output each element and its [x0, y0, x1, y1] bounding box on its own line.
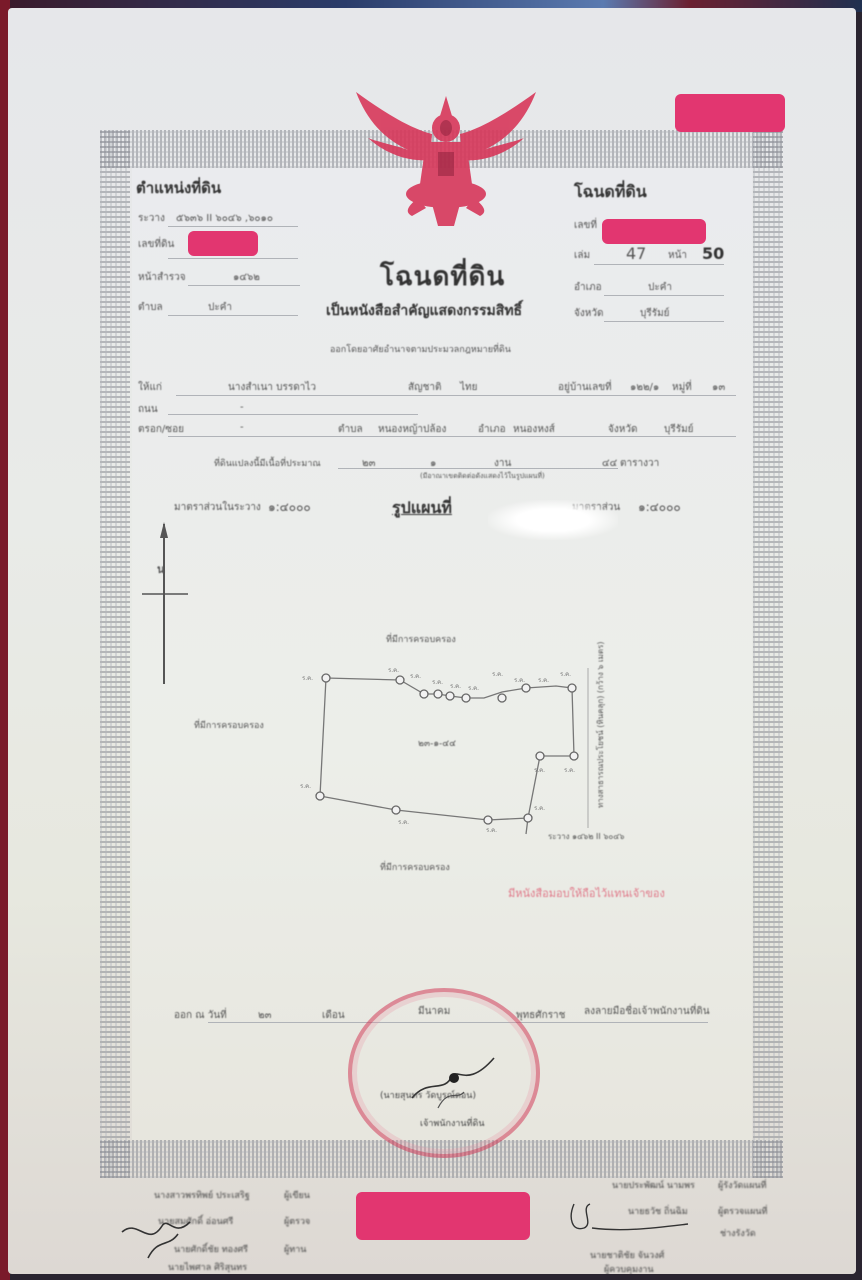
province-label: จังหวัด	[608, 422, 637, 437]
red-annotation: มีหนังสือมอบให้ถือไว้แทนเจ้าของ	[508, 884, 665, 902]
sheet-label: ระวาง	[138, 211, 165, 226]
officer-name: (นายสุนทร วัดบูรณ์ดอน)	[380, 1088, 476, 1102]
underline	[168, 226, 298, 227]
area-note: (มีอาณาเขตติดต่อดังแสดงไว้ในรูปแผนที่)	[420, 471, 545, 482]
parcel-area-label: ๒๓-๑-๔๔	[418, 736, 456, 750]
underline	[168, 436, 736, 437]
signatory-role: ผู้ตรวจแผนที่	[718, 1204, 767, 1218]
handwritten-signature	[118, 1208, 198, 1268]
light-glare	[488, 500, 618, 540]
adjacent-west-label: ที่มีการครอบครอง	[194, 718, 264, 732]
underline	[594, 264, 724, 265]
tambon-label-top: ตำบล	[138, 300, 163, 315]
house-no-label: อยู่บ้านเลขที่	[558, 380, 612, 395]
north-label: น	[157, 560, 165, 578]
province-label-top: จังหวัด	[574, 306, 603, 321]
document-subtitle: เป็นหนังสือสำคัญแสดงกรรมสิทธิ์	[326, 300, 522, 322]
signatory-role: ช่างรังวัด	[720, 1226, 756, 1240]
moo-label: หมู่ที่	[672, 380, 692, 395]
ornamental-border-right	[753, 130, 783, 1178]
underline	[168, 315, 298, 316]
parcel-map: ร.ค.ร.ค.ร.ค. ร.ค.ร.ค.ร.ค. ร.ค.ร.ค.ร.ค. ร…	[288, 648, 628, 848]
page-label: หน้า	[668, 248, 687, 263]
signatory-role: ผู้ควบคุมงาน	[604, 1262, 654, 1274]
wa-label: ตารางวา	[620, 456, 659, 471]
redaction-box	[356, 1192, 530, 1240]
sheet-reference: ระวาง ๑๔๖๒ II ๖๐๔๖	[548, 830, 624, 843]
parcel-no-label: เลขที่ดิน	[138, 237, 174, 252]
amphoe-label-top: อำเภอ	[574, 280, 602, 295]
amphoe-value: หนองหงส์	[513, 422, 555, 437]
tambon-label: ตำบล	[338, 422, 363, 437]
location-heading: ตำแหน่งที่ดิน	[136, 176, 221, 200]
document-title: โฉนดที่ดิน	[380, 256, 505, 297]
adjacent-north-label: ที่มีการครอบครอง	[386, 632, 456, 646]
document-authority: ออกโดยอาศัยอำนาจตามประมวลกฎหมายที่ดิน	[330, 342, 511, 356]
issue-date-prefix: ออก ณ วันที่	[174, 1008, 227, 1023]
sheet-value: ๕๖๓๖ II ๖๐๔๖ ,๖๐๑๐	[176, 211, 273, 226]
signatory-role: ผู้ทาน	[284, 1242, 306, 1256]
survey-page-label: หน้าสำรวจ	[138, 270, 186, 285]
redaction-box	[675, 94, 785, 132]
adjacent-east-label: ทางสาธารณประโยชน์ (หินคลุก) (กว้าง ๖ เมต…	[594, 641, 607, 808]
underline	[604, 295, 724, 296]
underline	[168, 258, 298, 259]
nationality-value: ไทย	[460, 380, 477, 395]
signatory-role: ผู้เขียน	[284, 1188, 310, 1202]
house-no-value: ๑๒๒/๑	[630, 380, 659, 395]
soi-label: ตรอก/ซอย	[138, 422, 184, 437]
svg-text:ร.ค.: ร.ค.	[398, 819, 409, 826]
officer-title: เจ้าพนักงานที่ดิน	[420, 1116, 484, 1130]
owner-label: ให้แก่	[138, 380, 162, 395]
survey-page-value: ๑๔๖๒	[233, 270, 260, 285]
signatory-name: นางสาวพรทิพย์ ประเสริฐ	[154, 1188, 250, 1202]
amphoe-label: อำเภอ	[478, 422, 506, 437]
issue-year-label: พุทธศักราช	[516, 1008, 565, 1023]
deed-heading: โฉนดที่ดิน	[574, 180, 647, 205]
underline	[604, 321, 724, 322]
province-value-top: บุรีรัมย์	[640, 306, 670, 321]
signatory-role: ผู้รังวัดแผนที่	[718, 1178, 767, 1192]
svg-text:ร.ค.: ร.ค.	[432, 679, 443, 686]
soi-value: -	[240, 422, 244, 433]
officer-signature	[408, 1048, 498, 1118]
issue-day: ๒๓	[258, 1008, 271, 1023]
amphoe-value-top: ปะคำ	[648, 280, 672, 295]
owner-name: นางสำเนา บรรดาไว	[228, 380, 316, 395]
ornamental-border-left	[100, 130, 130, 1178]
issue-month-label: เดือน	[322, 1008, 345, 1023]
garuda-emblem-icon	[348, 88, 544, 230]
underline	[176, 395, 736, 396]
svg-text:ร.ค.: ร.ค.	[492, 671, 503, 678]
svg-text:ร.ค.: ร.ค.	[538, 677, 549, 684]
moo-value: ๑๓	[712, 380, 725, 395]
svg-text:ร.ค.: ร.ค.	[534, 767, 545, 774]
signatory-name: นายประพัฒน์ นามพร	[612, 1178, 695, 1192]
svg-text:ร.ค.: ร.ค.	[560, 671, 571, 678]
scale-value-right: ๑:๔๐๐๐	[638, 498, 681, 517]
handwritten-signature	[564, 1198, 694, 1242]
tambon-value: หนองหญ้าปล้อง	[378, 422, 446, 437]
svg-text:ร.ค.: ร.ค.	[450, 683, 461, 690]
volume-label: เล่ม	[574, 248, 590, 263]
road-label: ถนน	[138, 402, 158, 417]
page-value: 50	[702, 244, 724, 263]
scale-value: ๑:๔๐๐๐	[268, 498, 311, 517]
underline	[188, 285, 300, 286]
underline	[168, 414, 418, 415]
svg-text:ร.ค.: ร.ค.	[388, 667, 399, 674]
north-arrow-icon	[138, 520, 198, 688]
scale-label: มาตราส่วนในระวาง	[174, 500, 261, 515]
signatory-name: นายชาติชัย จันวงศ์	[590, 1248, 664, 1262]
svg-text:ร.ค.: ร.ค.	[300, 783, 311, 790]
map-title: รูปแผนที่	[392, 496, 452, 521]
deed-no-label: เลขที่	[574, 218, 597, 233]
tambon-value-top: ปะคำ	[208, 300, 232, 315]
svg-text:ร.ค.: ร.ค.	[514, 677, 525, 684]
svg-text:ร.ค.: ร.ค.	[486, 827, 497, 834]
area-label: ที่ดินแปลงนี้มีเนื้อที่ประมาณ	[214, 456, 321, 470]
province-value: บุรีรัมย์	[664, 422, 694, 437]
svg-text:ร.ค.: ร.ค.	[302, 675, 313, 682]
svg-text:ร.ค.: ร.ค.	[534, 805, 545, 812]
signatory-role: ผู้ตรวจ	[284, 1214, 310, 1228]
issue-suffix: ลงลายมือชื่อเจ้าพนักงานที่ดิน	[584, 1004, 710, 1019]
volume-value: 47	[626, 244, 646, 263]
svg-text:ร.ค.: ร.ค.	[410, 673, 421, 680]
redaction-box	[188, 231, 258, 256]
nationality-label: สัญชาติ	[408, 380, 442, 395]
redaction-box	[602, 219, 706, 244]
svg-text:ร.ค.: ร.ค.	[564, 767, 575, 774]
adjacent-south-label: ที่มีการครอบครอง	[380, 860, 450, 874]
svg-text:ร.ค.: ร.ค.	[468, 685, 479, 692]
title-deed-paper: ตำแหน่งที่ดิน ระวาง ๕๖๓๖ II ๖๐๔๖ ,๖๐๑๐ เ…	[8, 8, 856, 1274]
underline	[338, 468, 618, 469]
road-value: -	[240, 402, 244, 413]
